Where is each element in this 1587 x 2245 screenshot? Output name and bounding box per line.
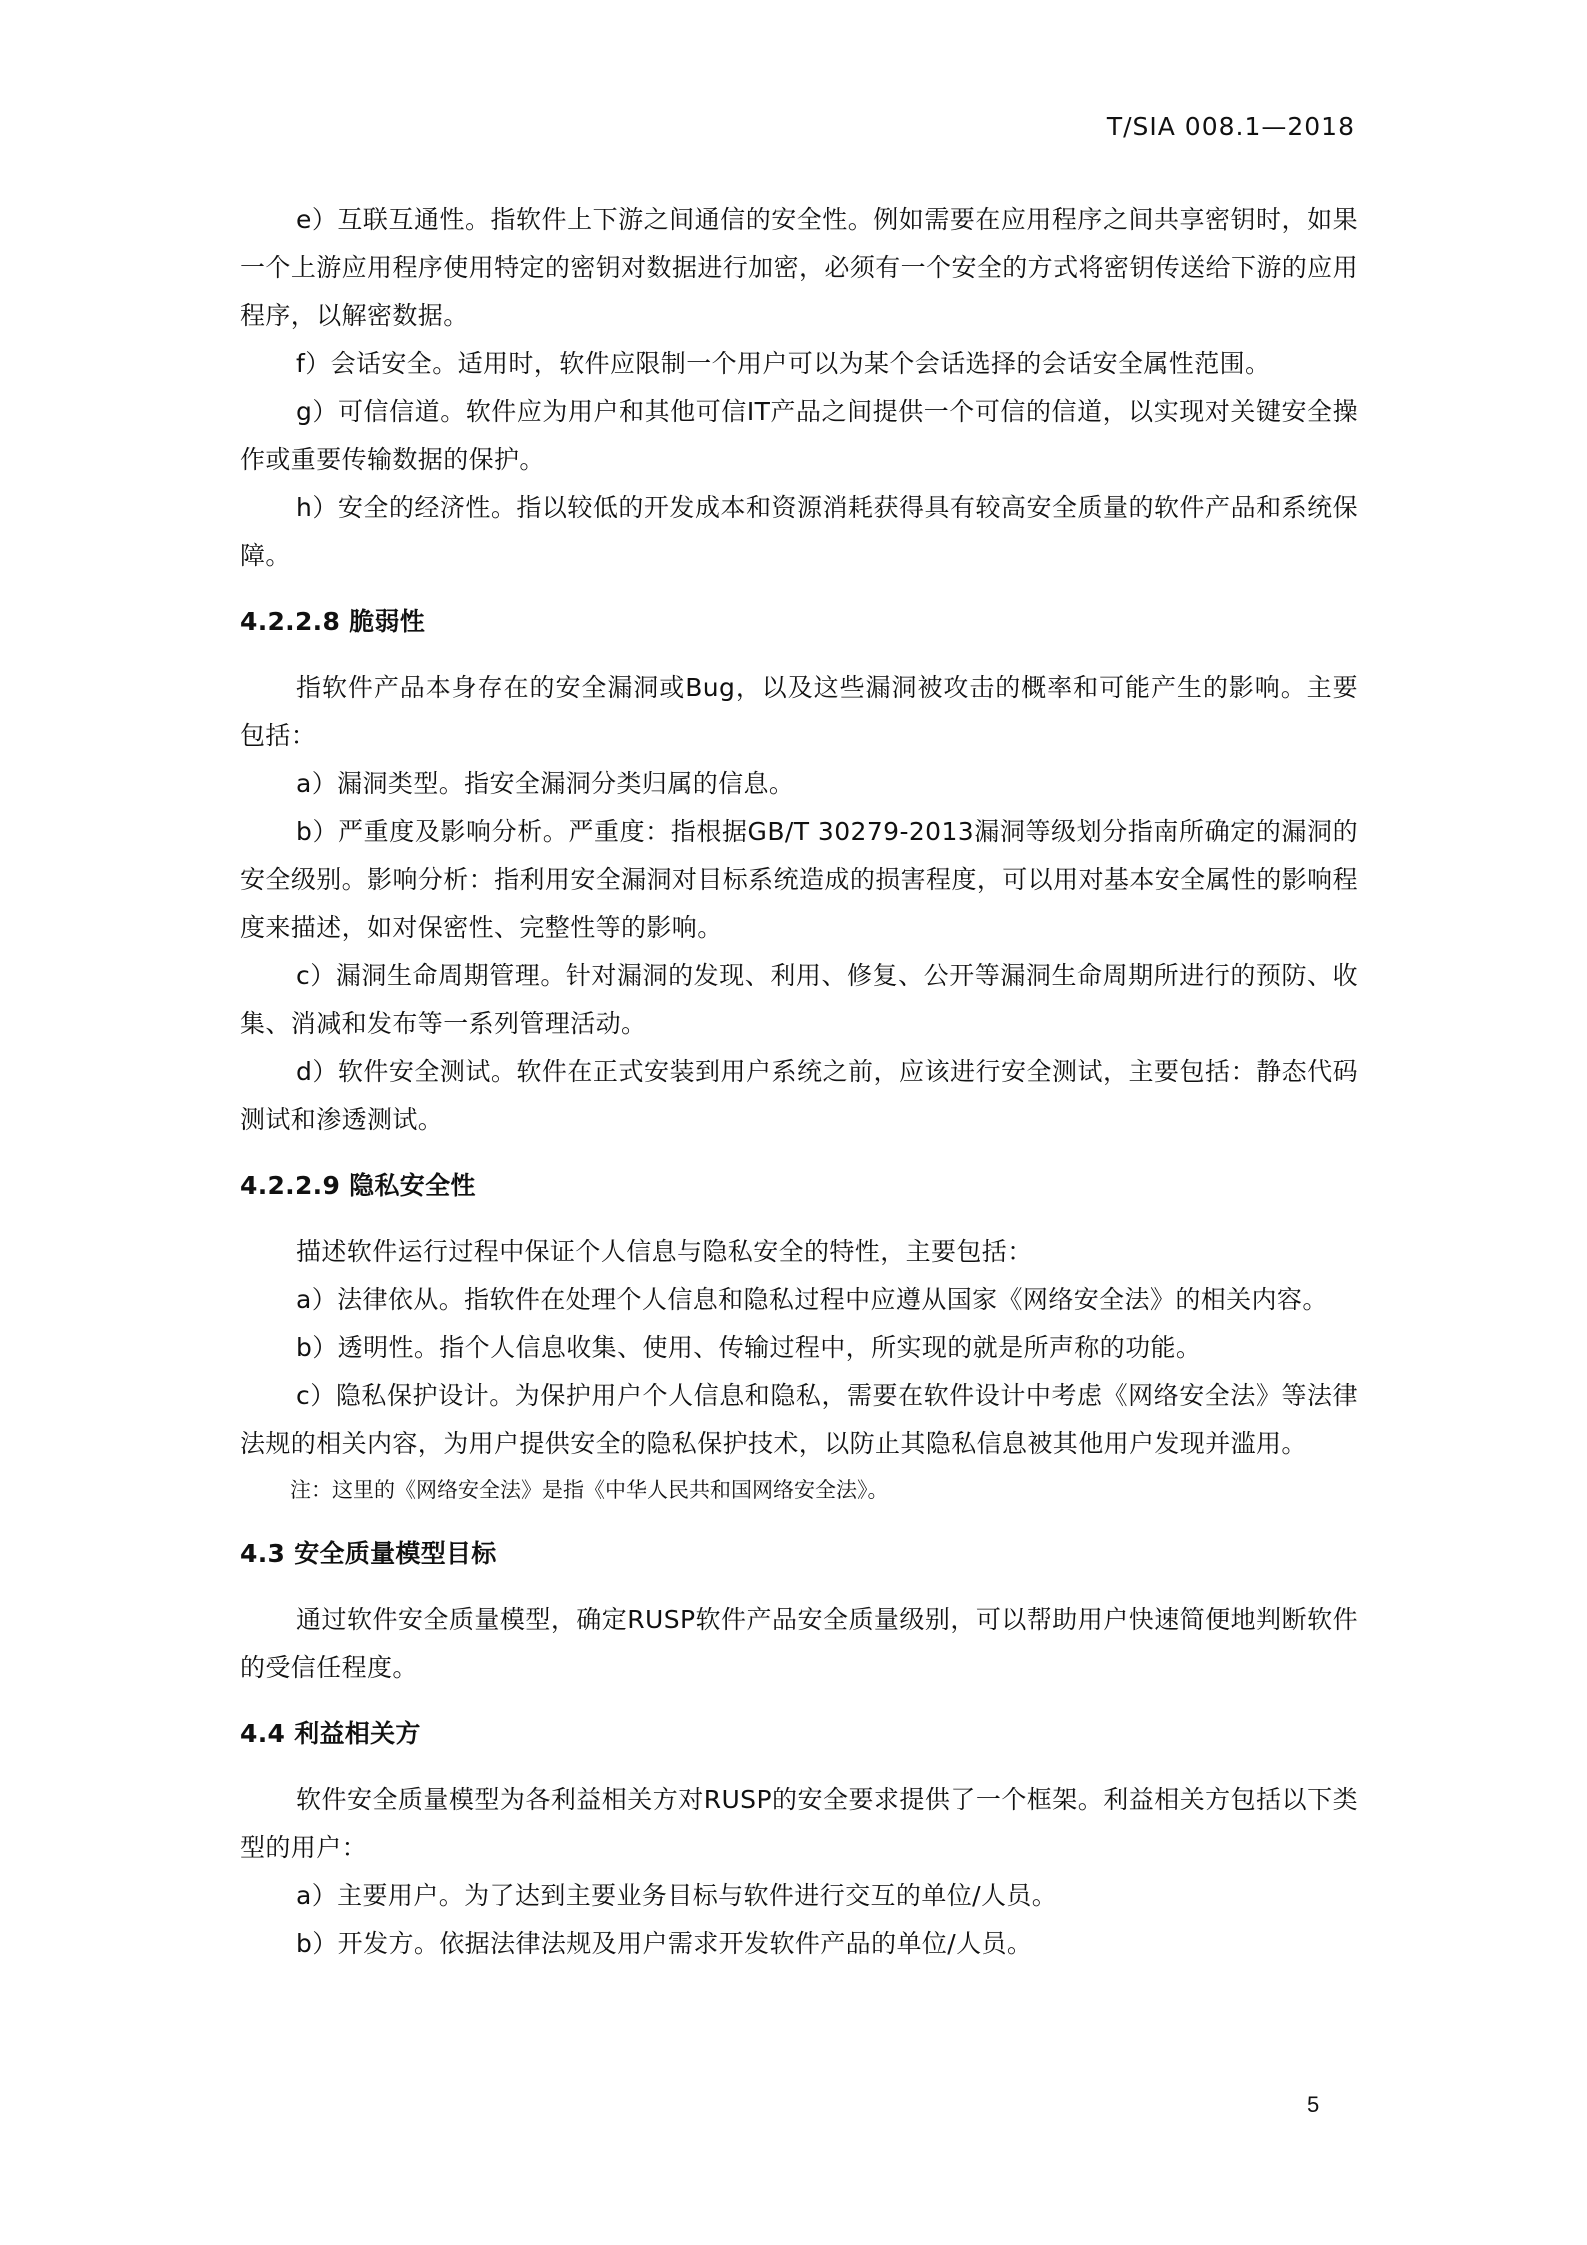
list-item: b）透明性。指个人信息收集、使用、传输过程中，所实现的就是所声称的功能。	[240, 1324, 1358, 1372]
page-number: 5	[1307, 2092, 1319, 2118]
list-item: d）软件安全测试。软件在正式安装到用户系统之前，应该进行安全测试，主要包括：静态…	[240, 1048, 1358, 1144]
paragraph-f-session-security: f）会话安全。适用时，软件应限制一个用户可以为某个会话选择的会话安全属性范围。	[240, 340, 1358, 388]
section-4229-intro: 描述软件运行过程中保证个人信息与隐私安全的特性，主要包括：	[240, 1228, 1358, 1276]
list-item: b）开发方。依据法律法规及用户需求开发软件产品的单位/人员。	[240, 1920, 1358, 1968]
list-item: c）隐私保护设计。为保护用户个人信息和隐私，需要在软件设计中考虑《网络安全法》等…	[240, 1372, 1358, 1468]
section-43-body: 通过软件安全质量模型，确定RUSP软件产品安全质量级别，可以帮助用户快速简便地判…	[240, 1596, 1358, 1692]
document-id-header: T/SIA 008.1—2018	[1107, 112, 1355, 141]
paragraph-g-trusted-channel: g）可信信道。软件应为用户和其他可信IT产品之间提供一个可信的信道，以实现对关键…	[240, 388, 1358, 484]
section-44-intro: 软件安全质量模型为各利益相关方对RUSP的安全要求提供了一个框架。利益相关方包括…	[240, 1776, 1358, 1872]
paragraph-e-interoperability: e）互联互通性。指软件上下游之间通信的安全性。例如需要在应用程序之间共享密钥时，…	[240, 196, 1358, 340]
list-item: a）法律依从。指软件在处理个人信息和隐私过程中应遵从国家《网络安全法》的相关内容…	[240, 1276, 1358, 1324]
paragraph-h-security-economy: h）安全的经济性。指以较低的开发成本和资源消耗获得具有较高安全质量的软件产品和系…	[240, 484, 1358, 580]
section-4228-intro: 指软件产品本身存在的安全漏洞或Bug，以及这些漏洞被攻击的概率和可能产生的影响。…	[240, 664, 1358, 760]
section-heading-43: 4.3 安全质量模型目标	[240, 1530, 1358, 1578]
section-heading-4229: 4.2.2.9 隐私安全性	[240, 1162, 1358, 1210]
section-heading-4228: 4.2.2.8 脆弱性	[240, 598, 1358, 646]
list-item: c）漏洞生命周期管理。针对漏洞的发现、利用、修复、公开等漏洞生命周期所进行的预防…	[240, 952, 1358, 1048]
list-item: a）主要用户。为了达到主要业务目标与软件进行交互的单位/人员。	[240, 1872, 1358, 1920]
page-content: e）互联互通性。指软件上下游之间通信的安全性。例如需要在应用程序之间共享密钥时，…	[240, 196, 1358, 1968]
note: 注：这里的《网络安全法》是指《中华人民共和国网络安全法》。	[240, 1468, 1358, 1512]
section-heading-44: 4.4 利益相关方	[240, 1710, 1358, 1758]
list-item: a）漏洞类型。指安全漏洞分类归属的信息。	[240, 760, 1358, 808]
list-item: b）严重度及影响分析。严重度：指根据GB/T 30279-2013漏洞等级划分指…	[240, 808, 1358, 952]
